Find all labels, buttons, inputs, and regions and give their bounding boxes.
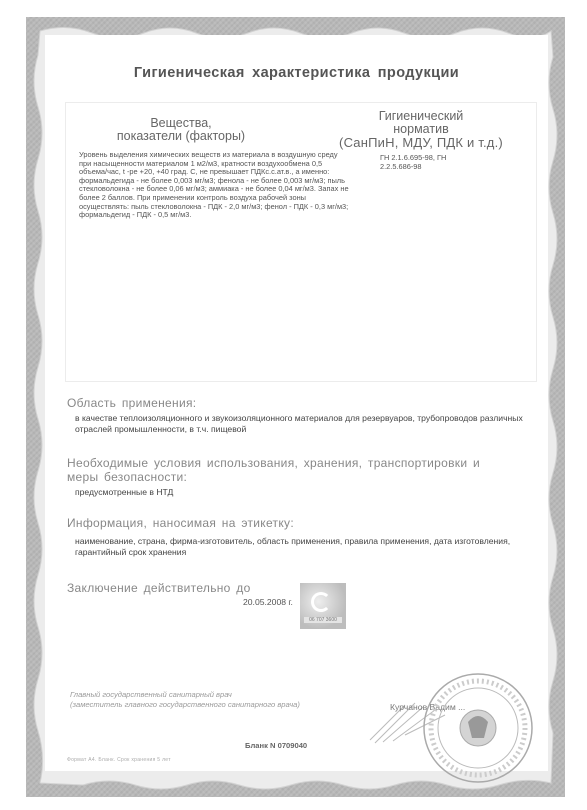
header-line: (СанПиН, МДУ, ПДК и т.д.): [321, 136, 521, 149]
doctor-title: Главный государственный санитарный врач …: [70, 690, 300, 710]
official-seal-icon: [420, 670, 536, 786]
header-line: показатели (факторы): [86, 130, 276, 143]
section-label-label-info: Информация, наносимая на этикетку:: [67, 516, 294, 530]
document-title: Гигиеническая характеристика продукции: [45, 65, 548, 81]
section-label-conditions: Необходимые условия использования, хране…: [67, 456, 487, 484]
column-header-norm: Гигиенический норматив (СанПиН, МДУ, ПДК…: [321, 110, 521, 149]
column-header-substances: Вещества, показатели (факторы): [86, 117, 276, 143]
section-value-conditions: предусмотренные в НТД: [75, 487, 525, 498]
hologram-c-icon: [311, 592, 331, 612]
doctor-line: Главный государственный санитарный врач: [70, 690, 300, 700]
validity-date: 20.05.2008 г.: [243, 597, 293, 607]
norm-cell: ГН 2.1.6.695-98, ГН 2.2.5.686-98: [380, 154, 480, 171]
blank-number: Бланк N 0709040: [245, 741, 307, 750]
doctor-line: (заместитель главного государственного с…: [70, 700, 300, 710]
section-value-application: в качестве теплоизоляционного и звукоизо…: [75, 413, 525, 434]
validity-label: Заключение действительно до: [67, 581, 251, 595]
section-label-application: Область применения:: [67, 396, 196, 410]
substances-cell: Уровень выделения химических веществ из …: [79, 151, 351, 220]
hologram-code: 06 707 3600: [304, 617, 342, 623]
format-note: Формат А4. Бланк. Срок хранения 5 лет: [67, 757, 171, 763]
hologram-sticker: 06 707 3600: [300, 583, 346, 629]
certificate-page: Гигиеническая характеристика продукции В…: [45, 35, 548, 771]
hygiene-table: Вещества, показатели (факторы) Гигиениче…: [65, 102, 537, 382]
section-value-label-info: наименование, страна, фирма-изготовитель…: [75, 536, 525, 557]
